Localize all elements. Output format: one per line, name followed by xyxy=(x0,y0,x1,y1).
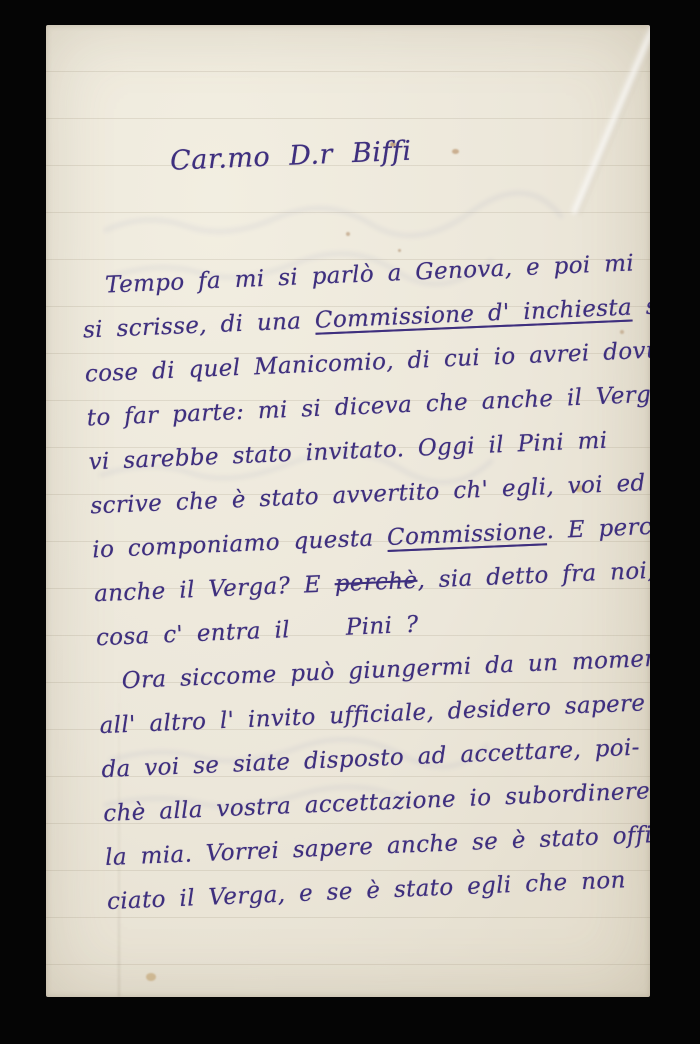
text-segment: . E perchè non xyxy=(546,510,650,544)
handwritten-text: Car.mo D.r Biffi Tempo fa mi si parlò a … xyxy=(75,120,650,924)
text-segment: sulle xyxy=(631,292,650,321)
struck-word: perchè xyxy=(334,568,418,597)
text-segment: Pini ? xyxy=(345,612,419,641)
letter-body: Tempo fa mi si parlò a Genova, e poi mis… xyxy=(80,241,650,924)
text-segment: cosa c' entra il xyxy=(95,617,290,651)
foxing-spot xyxy=(146,973,156,981)
underlined-phrase: Commissione xyxy=(387,518,547,551)
underlined-phrase: Commissione d' inchiesta xyxy=(314,295,632,334)
text-segment: , sia detto fra noi, xyxy=(417,558,650,594)
text-segment: io componiamo questa xyxy=(92,525,388,563)
text-segment: si scrisse, di una xyxy=(83,308,316,344)
photo-of-letter: { "meta": { "description": "Photograph o… xyxy=(0,0,700,1044)
text-segment: anche il Verga? E xyxy=(94,571,336,607)
letter-page: Car.mo D.r Biffi Tempo fa mi si parlò a … xyxy=(46,25,650,997)
